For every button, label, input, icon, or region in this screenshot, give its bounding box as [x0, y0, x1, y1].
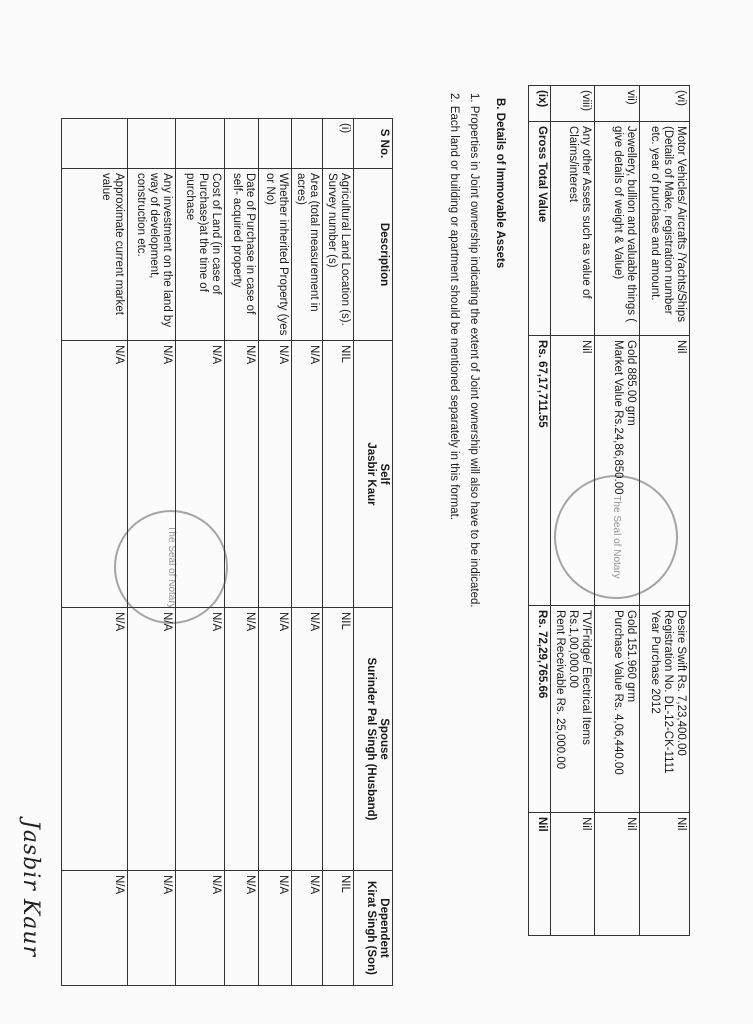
notary-seal-stamp: The Seal of Notary: [554, 475, 678, 599]
dependent-value-cell: Nil: [529, 813, 551, 936]
document-page: (vi)Motor Vehicles/ Aircrafts /Yachts/Sh…: [0, 0, 753, 1024]
spouse-value-cell: NIL: [323, 608, 354, 871]
dependent-value-cell: NIL: [323, 871, 354, 986]
sno-cell: (viii): [551, 86, 595, 122]
sno-cell: (ix): [529, 86, 551, 122]
table-row: Whether inherited Property (yes or No)N/…: [259, 119, 292, 986]
dependent-value-cell: N/A: [292, 871, 323, 986]
self-value-cell: Rs. 67,17,711.55: [529, 336, 551, 606]
sno-cell: [259, 119, 292, 169]
spouse-value-cell: Gold 151.960 grmPurchase Value Rs. 4,06,…: [595, 606, 640, 813]
sno-cell: vii): [595, 86, 640, 122]
table-header-row: S No. Description SelfJasbir Kaur Spouse…: [354, 119, 393, 986]
description-cell: Whether inherited Property (yes or No): [259, 169, 292, 341]
header-self: SelfJasbir Kaur: [354, 341, 393, 608]
description-cell: Motor Vehicles/ Aircrafts /Yachts/Ships …: [640, 122, 690, 336]
header-spouse: SpouseSurinder Pal Singh (Husband): [354, 608, 393, 871]
description-cell: Gross Total Value: [529, 122, 551, 336]
dependent-value-cell: Nil: [640, 813, 690, 936]
note-joint-ownership: 1. Properties in Joint ownership indicat…: [468, 93, 480, 608]
spouse-value-cell: Desire Swift Rs. 7,23,400.00Registration…: [640, 606, 690, 813]
header-dependent: DependentKirat Singh (Son): [354, 871, 393, 986]
description-cell: Approximate current market value: [62, 169, 128, 341]
table-row: (ix)Gross Total ValueRs. 67,17,711.55Rs.…: [529, 86, 551, 936]
dependent-value-cell: Nil: [595, 813, 640, 936]
dependent-value-cell: N/A: [128, 871, 176, 986]
sno-cell: [225, 119, 259, 169]
self-value-cell: N/A: [292, 341, 323, 608]
header-description: Description: [354, 169, 393, 341]
signature: Jasbir Kaur: [18, 820, 43, 957]
spouse-value-cell: N/A: [225, 608, 259, 871]
spouse-value-cell: Rs. 72,29,765.66: [529, 606, 551, 813]
dependent-value-cell: N/A: [62, 871, 128, 986]
note-separate-entries: 2. Each land or building or apartment sh…: [448, 93, 460, 520]
dependent-value-cell: Nil: [551, 813, 595, 936]
dependent-value-cell: N/A: [176, 871, 225, 986]
dependent-value-cell: N/A: [259, 871, 292, 986]
spouse-value-cell: N/A: [259, 608, 292, 871]
description-cell: Area (total measurement in acres): [292, 169, 323, 341]
sno-cell: (vi): [640, 86, 690, 122]
description-cell: Jewellery, bullion and valuable things (…: [595, 122, 640, 336]
description-cell: Any investment on the land by way of dev…: [128, 169, 176, 341]
table-row: Area (total measurement in acres)N/AN/AN…: [292, 119, 323, 986]
spouse-value-cell: N/A: [292, 608, 323, 871]
spouse-value-cell: N/A: [62, 608, 128, 871]
table-row: (i)Agricultural Land Location (s). Surve…: [323, 119, 354, 986]
description-cell: Any other Assets such as value of Claims…: [551, 122, 595, 336]
sno-cell: [176, 119, 225, 169]
spouse-value-cell: N/A: [176, 608, 225, 871]
self-value-cell: NIL: [323, 341, 354, 608]
table-row: Date of Purchase in case of self- acquir…: [225, 119, 259, 986]
description-cell: Date of Purchase in case of self- acquir…: [225, 169, 259, 341]
spouse-value-cell: TV/Fridge/ Electrical Items Rs.1,00,000.…: [551, 606, 595, 813]
notary-seal-stamp: The Seal of Notary: [114, 510, 228, 624]
self-value-cell: N/A: [259, 341, 292, 608]
spouse-value-cell: N/A: [128, 608, 176, 871]
sno-cell: [62, 119, 128, 169]
dependent-value-cell: N/A: [225, 871, 259, 986]
sno-cell: [128, 119, 176, 169]
header-sno: S No.: [354, 119, 393, 169]
sno-cell: [292, 119, 323, 169]
self-value-cell: N/A: [225, 341, 259, 608]
description-cell: Cost of Land (in case of Purchase)at the…: [176, 169, 225, 341]
immovable-assets-table: S No. Description SelfJasbir Kaur Spouse…: [61, 118, 393, 986]
sno-cell: (i): [323, 119, 354, 169]
section-heading: B. Details of Immovable Assets: [494, 98, 506, 268]
description-cell: Agricultural Land Location (s). Survey n…: [323, 169, 354, 341]
